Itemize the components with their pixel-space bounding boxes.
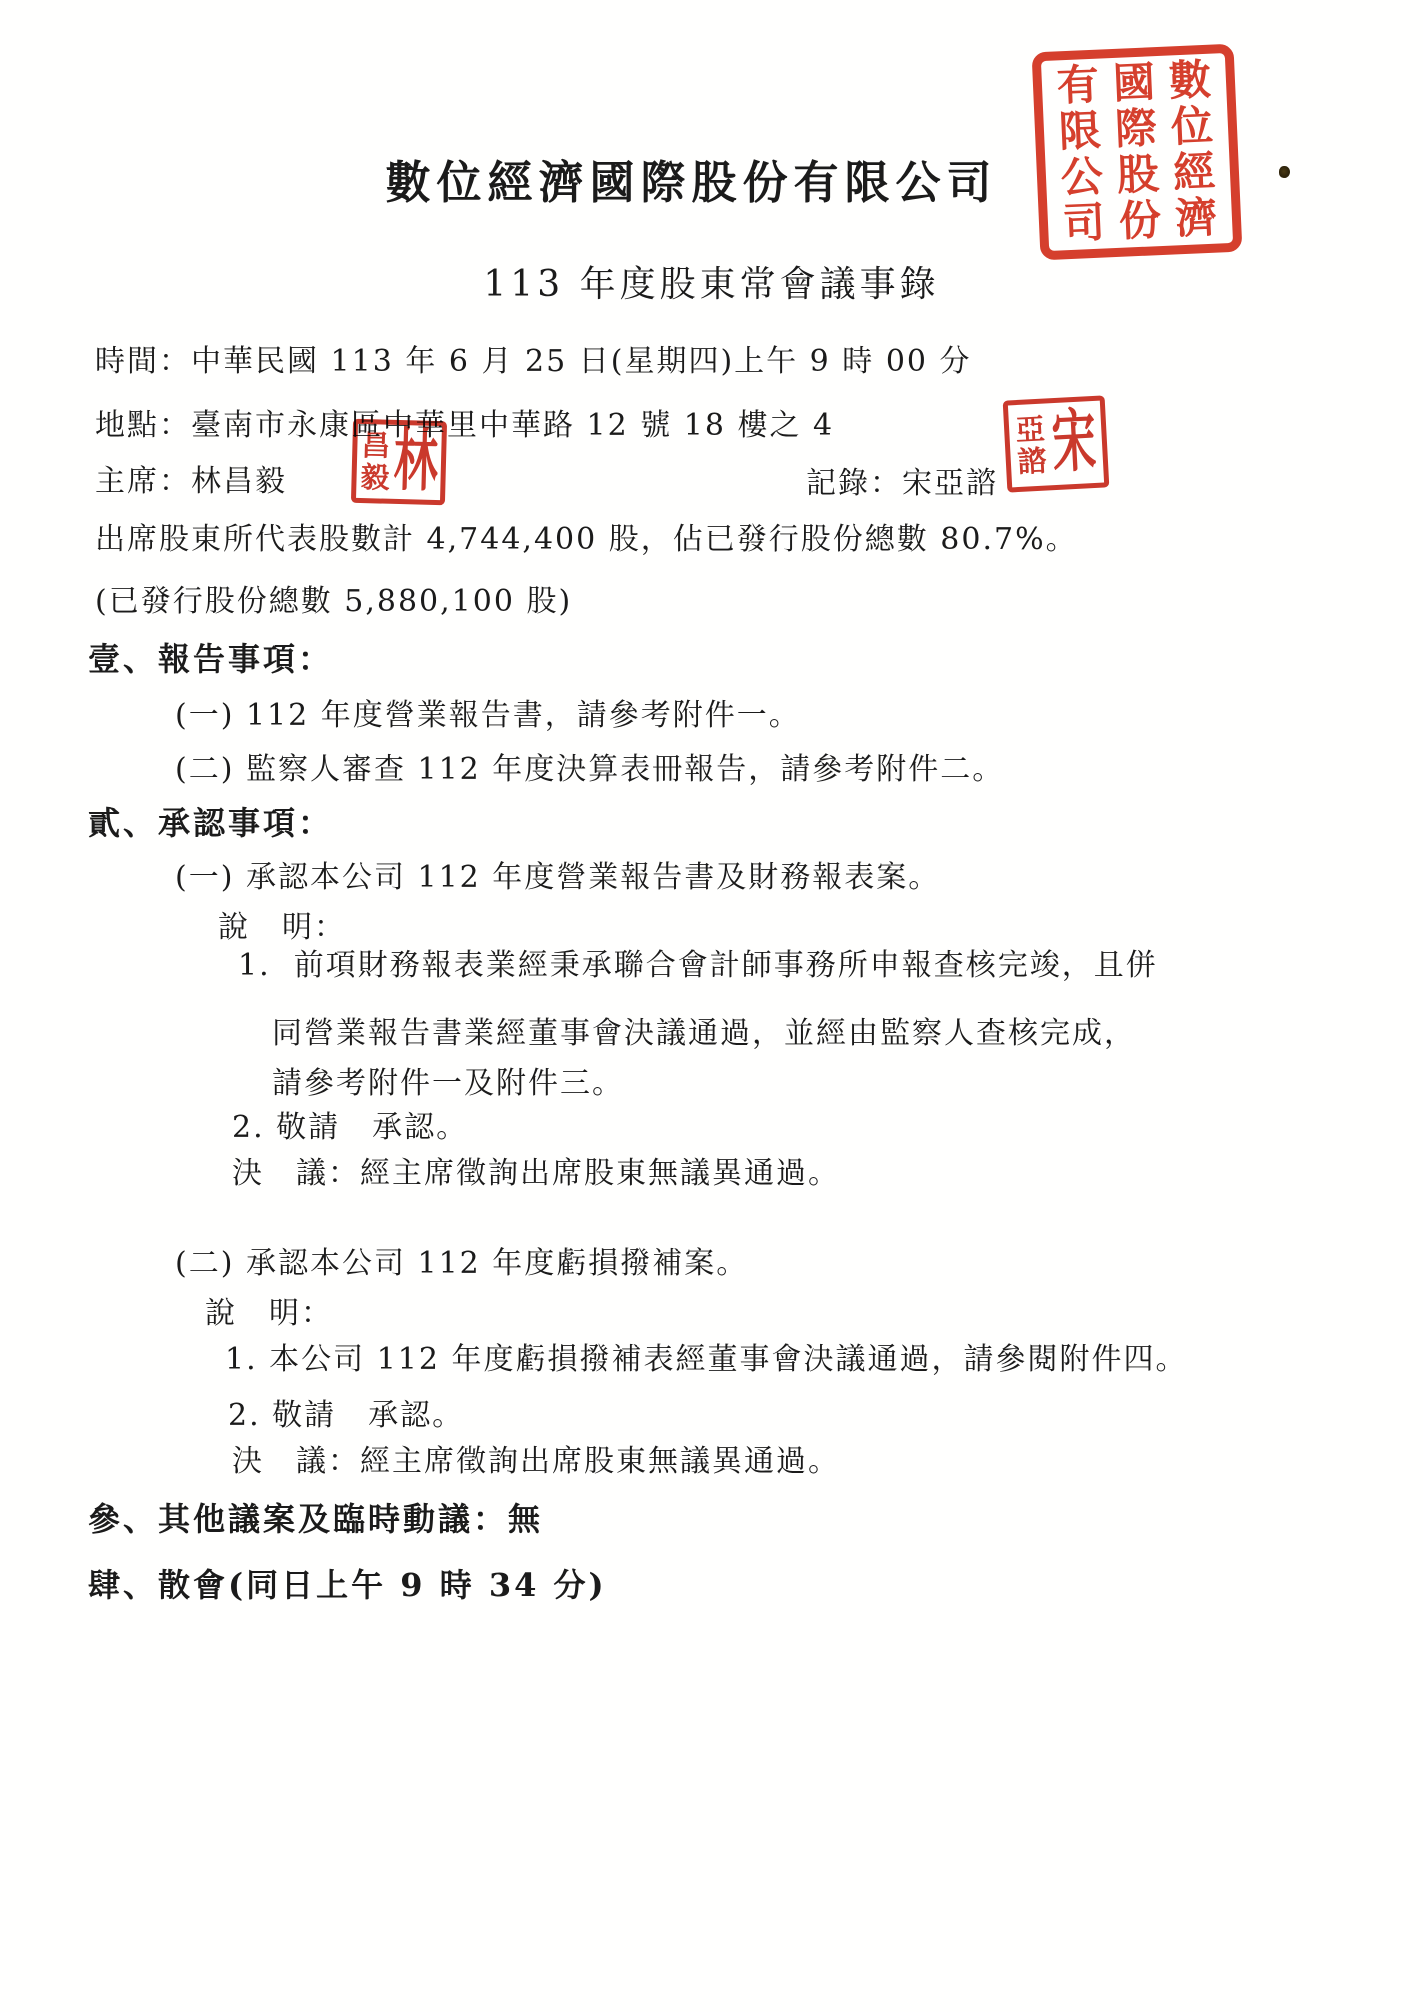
recorder-seal-stamp: 宋 亞諮	[1003, 395, 1110, 492]
report-item-2: (二) 監察人審查 112 年度決算表冊報告，請參考附件二。	[175, 744, 1004, 788]
recorder-line: 記錄：宋亞諮	[806, 458, 998, 502]
case-2-point-2: 2. 敬請 承認。	[228, 1390, 464, 1434]
case-1-title: (一) 承認本公司 112 年度營業報告書及財務報表案。	[175, 852, 940, 896]
case-2-title: (二) 承認本公司 112 年度虧損撥補案。	[175, 1238, 748, 1282]
issued-shares-line: (已發行股份總數 5,880,100 股)	[95, 576, 572, 620]
section-2-heading: 貳、承認事項：	[88, 798, 333, 844]
attendance-line: 出席股東所代表股數計 4,744,400 股，佔已發行股份總數 80.7%。	[95, 514, 1078, 558]
document-title: 113 年度股東常會議事錄	[0, 256, 1423, 307]
case-1-point-1-line-3: 請參考附件一及附件三。	[272, 1058, 624, 1102]
report-item-1: (一) 112 年度營業報告書，請參考附件一。	[175, 690, 801, 734]
case-1-point-2: 2. 敬請 承認。	[232, 1102, 468, 1146]
company-name-title: 數位經濟國際股份有限公司	[0, 146, 1383, 211]
chairman-seal-given-name: 昌毅	[359, 429, 391, 495]
section-4-heading: 肆、散會(同日上午 9 時 34 分)	[88, 1560, 607, 1606]
chairman-line: 主席：林昌毅	[95, 456, 287, 500]
case-2-resolution: 決 議：經主席徵詢出席股東無議異通過。	[232, 1436, 840, 1480]
chairman-seal-surname: 林	[393, 428, 439, 497]
meeting-place-line: 地點：臺南市永康區中華里中華路 12 號 18 樓之 4	[95, 400, 834, 444]
case-1-resolution: 決 議：經主席徵詢出席股東無議異通過。	[232, 1148, 840, 1192]
recorder-seal-given-name: 亞諮	[1014, 412, 1048, 478]
recorder-seal-surname: 宋	[1050, 408, 1098, 478]
case-2-explanation-label: 說 明：	[205, 1288, 333, 1332]
meeting-time-line: 時間：中華民國 113 年 6 月 25 日(星期四)上午 9 時 00 分	[95, 336, 972, 380]
case-1-point-1-line-2: 同營業報告書業經董事會決議通過，並經由監察人查核完成，	[272, 1008, 1136, 1052]
case-1-point-1-line-1: 1. 前項財務報表業經秉承聯合會計師事務所申報查核完竣，且併	[238, 940, 1158, 984]
scanned-meeting-minutes-page: 數位經濟 國際股份 有限公司 數位經濟國際股份有限公司 113 年度股東常會議事…	[0, 0, 1423, 2012]
section-3-heading: 參、其他議案及臨時動議：無	[88, 1494, 543, 1540]
section-1-heading: 壹、報告事項：	[88, 634, 333, 680]
case-2-point-1: 1. 本公司 112 年度虧損撥補表經董事會決議通過，請參閱附件四。	[225, 1334, 1188, 1378]
chairman-seal-stamp: 林 昌毅	[351, 419, 447, 505]
